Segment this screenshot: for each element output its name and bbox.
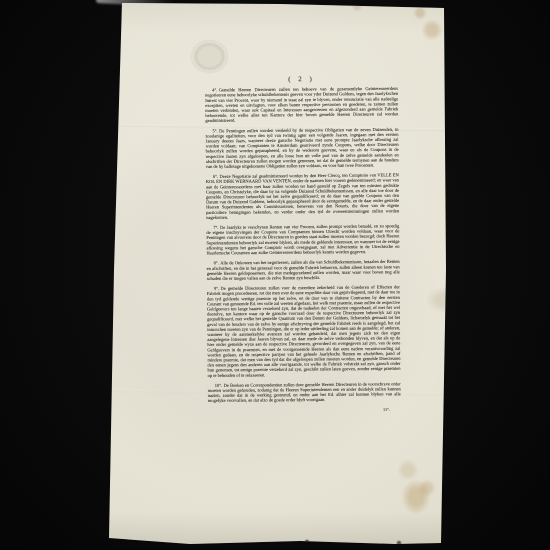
paragraph-text: Gemelde Heeren Directeuren zullen ten be…	[205, 86, 398, 123]
photo-background: ( 2 ) 4°.Gemelde Heeren Directeuren zull…	[0, 0, 550, 550]
printed-text-block: ( 2 ) 4°.Gemelde Heeren Directeuren zull…	[205, 76, 401, 413]
paragraph-text: Deeze Negotiatie zal geadministreerd wor…	[206, 172, 399, 219]
paragraph: 10°.De Boeken en Correspondentien zullen…	[208, 381, 401, 403]
paragraph: 7°.De Jaarlyks te verschynen Renten van …	[206, 223, 399, 255]
paragraph: 5°.De Penningen zullen worden verdeeld b…	[205, 127, 398, 169]
page-number-header: ( 2 )	[205, 76, 398, 83]
paragraph: 4°.Gemelde Heeren Directeuren zullen ten…	[205, 86, 398, 123]
paragraph: 8°.Alle de Onkosten van het negotieeren,…	[207, 259, 400, 281]
paragraph-text: De Penningen zullen worden verdeeld by d…	[205, 127, 398, 169]
paragraph: 9°.De gemelde Directeuren zullen voor de…	[207, 284, 401, 378]
paragraph-text: De Jaarlyks te verschynen Renten van vie…	[206, 223, 399, 255]
paragraph-text: De gemelde Directeuren zullen voor de me…	[207, 284, 401, 377]
document-page: ( 2 ) 4°.Gemelde Heeren Directeuren zull…	[0, 0, 550, 550]
paragraph: 6°.Deeze Negotiatie zal geadministreerd …	[206, 172, 399, 220]
paragraph-text: Alle de Onkosten van het negotieeren, zu…	[207, 259, 400, 281]
blind-stamp-seal	[191, 40, 228, 73]
paragraph-text: De Boeken en Correspondentien zullen doo…	[208, 381, 401, 403]
